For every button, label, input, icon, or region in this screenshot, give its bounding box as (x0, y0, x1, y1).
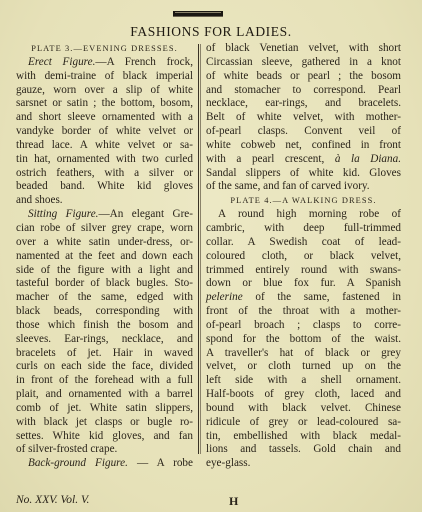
text-line: in front of the forehead with a full (16, 374, 193, 388)
text-line: of-pearl broach ; clasps to corre- (206, 319, 401, 333)
text-line: of white beads or pearl ; the bosom (206, 70, 401, 84)
text-line: with demi-traine of black imperial (16, 70, 193, 84)
text-line: black beads, corresponding with (16, 305, 193, 319)
text-line: necklace, ear-rings, and bracelets. (206, 97, 401, 111)
text-line: collar. A Swedish coat of lead- (206, 236, 401, 250)
signature-mark: H (229, 494, 238, 509)
text-line: with black jet clasps or bugle ro- (16, 416, 193, 430)
text-line: of black Venetian velvet, with short (206, 42, 401, 56)
text-line: A round high morning robe of (206, 208, 401, 222)
text-line: Erect Figure.—A French frock, (16, 56, 193, 70)
text-line: pelerine of the same, fastened in (206, 291, 401, 305)
plate-4-title: PLATE 4.—A WALKING DRESS. (206, 194, 401, 208)
text-line: lions and tassels. Gold chain and (206, 443, 401, 457)
text-line: over a white satin under-dress, or- (16, 236, 193, 250)
text-line: sarsnet or satin ; the bottom, bosom, (16, 97, 193, 111)
text-line: tin, embellished with black medal- (206, 430, 401, 444)
text-line: Sitting Figure.—An elegant Gre- (16, 208, 193, 222)
text-line: of-pearl clasps. Convent veil of (206, 125, 401, 139)
text-line: left side with a shell ornament. (206, 374, 401, 388)
text-line: bracelets of jet. Hair in waved (16, 347, 193, 361)
text-line: cian robe of silver grey crape, worn (16, 222, 193, 236)
text-line: ostrich feathers, with a silver or (16, 167, 193, 181)
left-column-body: Erect Figure.—A French frock,with demi-t… (16, 56, 193, 471)
text-line: curls on each side the face, divided (16, 360, 193, 374)
text-line: and short sleeve ornamented with a (16, 111, 193, 125)
page-title: FASHIONS FOR LADIES. (0, 24, 422, 40)
book-page: FASHIONS FOR LADIES. PLATE 3.—EVENING DR… (0, 0, 422, 512)
text-line: settes. White kid gloves, and fan (16, 430, 193, 444)
text-line: with a pearl crescent, à la Diana. (206, 153, 401, 167)
text-line: plait, and ornamented with a barrel (16, 388, 193, 402)
plate-3-title: PLATE 3.—EVENING DRESSES. (16, 42, 193, 56)
volume-footer: No. XXV. Vol. V. (16, 494, 89, 506)
text-line: Circassian sleeve, gathered in a knot (206, 56, 401, 70)
text-line: and shoes. (16, 194, 193, 208)
text-line: A traveller's hat of black or grey (206, 347, 401, 361)
text-line: cambric, with deep full-trimmed (206, 222, 401, 236)
text-line: namented at the feet and down each (16, 250, 193, 264)
text-line: beaded band. White kid gloves (16, 180, 193, 194)
text-line: Sandal slippers of white kid. Gloves (206, 167, 401, 181)
right-column-body-bottom: A round high morning robe ofcambric, wit… (206, 208, 401, 471)
column-divider-shadow (200, 44, 201, 454)
text-line: coloured cloth, or black velvet, (206, 250, 401, 264)
text-line: trimmed entirely round with swans- (206, 264, 401, 278)
text-line: comb of jet. White satin slippers, (16, 402, 193, 416)
text-line: of silver-frosted crape. (16, 443, 193, 457)
text-line: macher of the same, edged with (16, 291, 193, 305)
text-line: down or blue fox fur. A Spanish (206, 277, 401, 291)
right-column-body-top: of black Venetian velvet, with shortCirc… (206, 42, 401, 194)
text-line: velvet, or cloth turned up on the (206, 360, 401, 374)
text-line: side of the figure with a light and (16, 264, 193, 278)
text-line: white cobweb net, confined in front (206, 139, 401, 153)
text-line: gauze, worn over a slip of white (16, 84, 193, 98)
text-line: tasteful border of black bugles. Sto- (16, 277, 193, 291)
text-line: ridicule of grey or lead-coloured sa- (206, 416, 401, 430)
text-line: vandyke border of white velvet or (16, 125, 193, 139)
text-line: Back-ground Figure. — A robe (16, 457, 193, 471)
text-line: thread lace. A white velvet or sa- (16, 139, 193, 153)
left-column: PLATE 3.—EVENING DRESSES. Erect Figure.—… (16, 42, 193, 471)
text-line: bound with black velvet. Chinese (206, 402, 401, 416)
text-line: front of the throat with a mother- (206, 305, 401, 319)
text-line: Belt of white velvet, with mother- (206, 111, 401, 125)
text-line: and stomacher to correspond. Pearl (206, 84, 401, 98)
text-line: Half-boots of grey cloth, laced and (206, 388, 401, 402)
text-line: spond for the bottom of the waist. (206, 333, 401, 347)
column-divider (198, 44, 199, 454)
text-line: eye-glass. (206, 457, 401, 471)
decorative-rule (173, 11, 223, 17)
text-line: sleeves. Ear-rings, necklace, and (16, 333, 193, 347)
text-line: of the same, and fan of carved ivory. (206, 180, 401, 194)
text-line: tin hat, ornamented with two curled (16, 153, 193, 167)
right-column: of black Venetian velvet, with shortCirc… (206, 42, 401, 471)
text-line: those which finish the bosom and (16, 319, 193, 333)
